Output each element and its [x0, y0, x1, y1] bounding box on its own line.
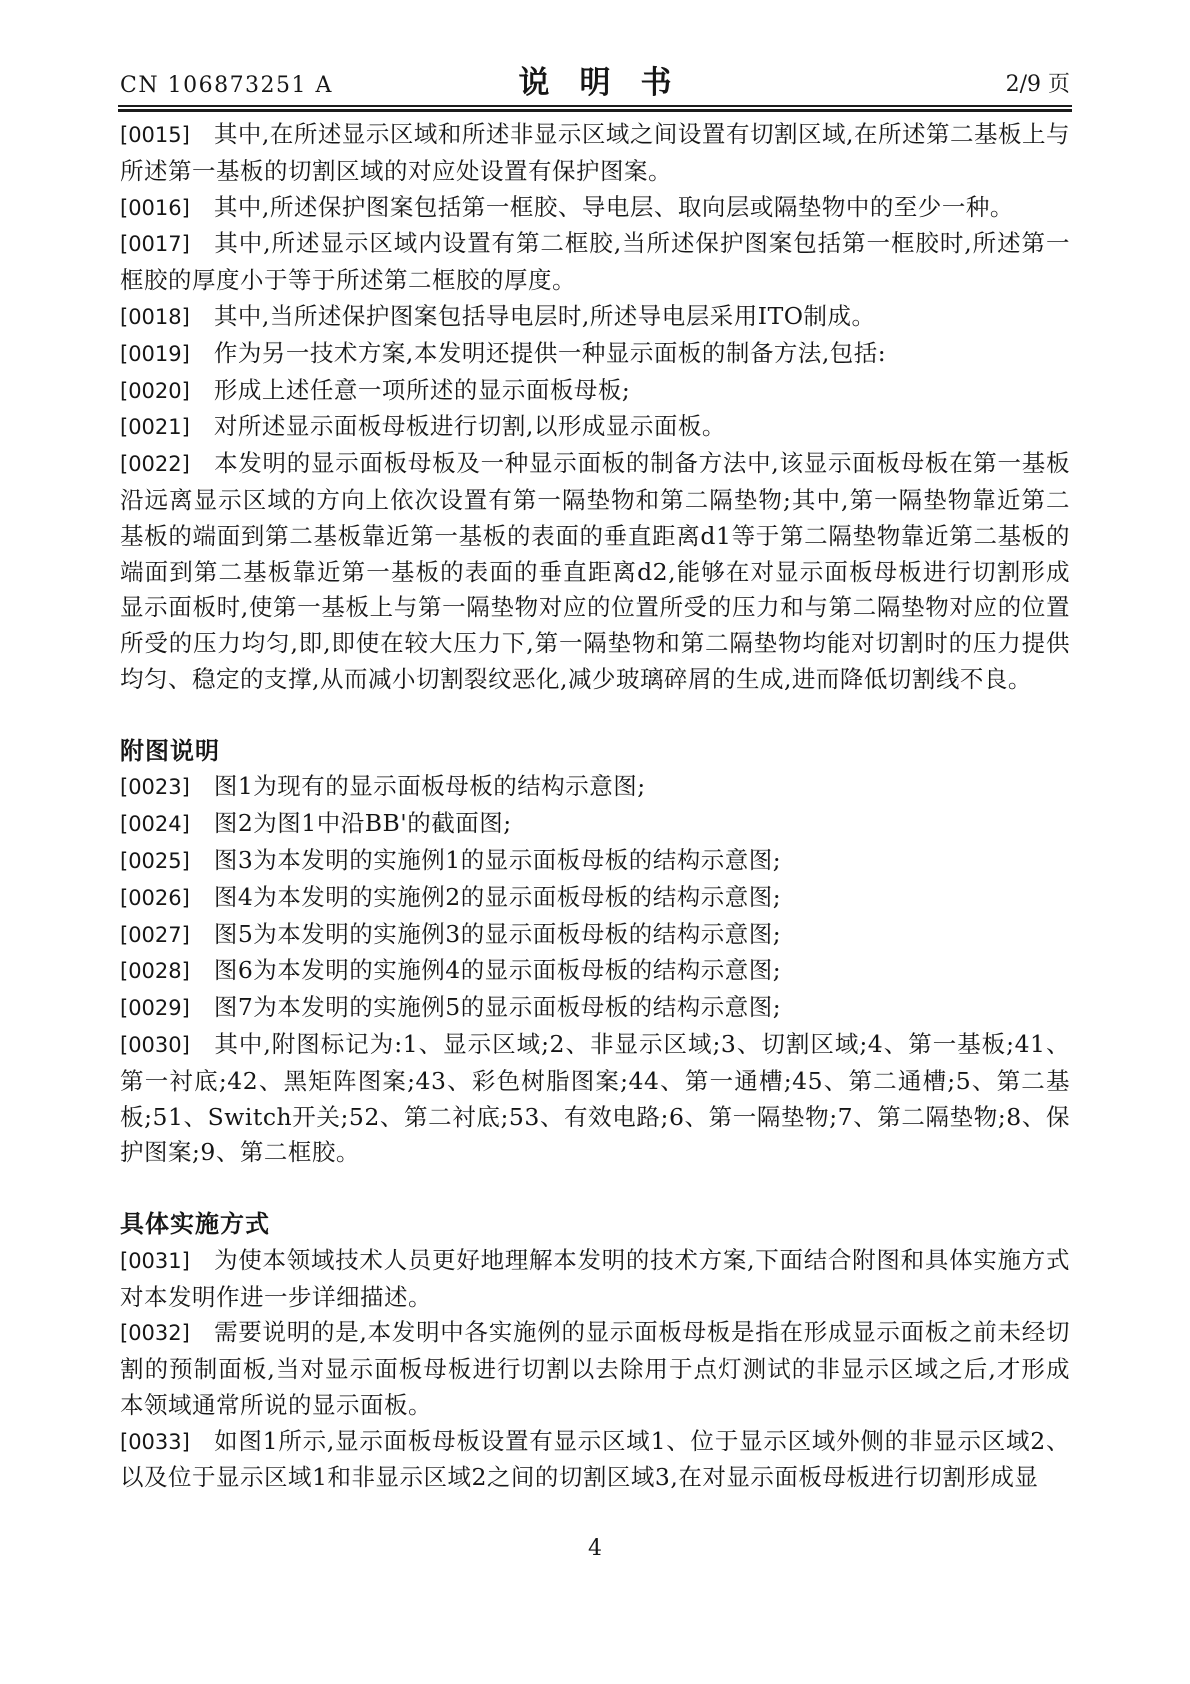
para-text: 其中,所述保护图案包括第一框胶、导电层、取向层或隔垫物中的至少一种。 — [214, 193, 1014, 221]
para-text: 如图1所示,显示面板母板设置有显示区域1、位于显示区域外侧的非显示区域2、以及位… — [120, 1427, 1070, 1492]
paragraph-0032: [0032]需要说明的是,本发明中各实施例的显示面板母板是指在形成显示面板之前未… — [120, 1315, 1070, 1423]
para-text: 图7为本发明的实施例5的显示面板母板的结构示意图; — [214, 993, 781, 1021]
paragraph-0031: [0031]为使本领域技术人员更好地理解本发明的技术方案,下面结合附图和具体实施… — [120, 1243, 1070, 1316]
para-label: [0028] — [120, 954, 190, 990]
para-label: [0025] — [120, 844, 190, 880]
para-text: 图5为本发明的实施例3的显示面板母板的结构示意图; — [214, 920, 781, 948]
para-label: [0026] — [120, 881, 190, 917]
paragraph-0018: [0018]其中,当所述保护图案包括导电层时,所述导电层采用ITO制成。 — [120, 299, 1070, 336]
paragraph-0026: [0026]图4为本发明的实施例2的显示面板母板的结构示意图; — [120, 880, 1070, 917]
paragraph-0025: [0025]图3为本发明的实施例1的显示面板母板的结构示意图; — [120, 843, 1070, 880]
page-indicator: 2/9 页 — [1006, 67, 1070, 98]
paragraph-0022: [0022]本发明的显示面板母板及一种显示面板的制备方法中,该显示面板母板在第一… — [120, 446, 1070, 698]
paragraph-0030: [0030]其中,附图标记为:1、显示区域;2、非显示区域;3、切割区域;4、第… — [120, 1027, 1070, 1171]
para-text: 图4为本发明的实施例2的显示面板母板的结构示意图; — [214, 883, 781, 911]
page-title: 说明书 — [489, 57, 702, 102]
para-label: [0021] — [120, 410, 190, 446]
para-text: 图2为图1中沿BB'的截面图; — [214, 809, 512, 837]
para-label: [0029] — [120, 991, 190, 1027]
patent-specification-page: CN 106873251 A 说明书 2/9 页 [0015]其中,在所述显示区… — [0, 0, 1190, 1684]
para-label: [0019] — [120, 337, 190, 373]
paragraph-0021: [0021]对所述显示面板母板进行切割,以形成显示面板。 — [120, 409, 1070, 446]
para-label: [0016] — [120, 191, 190, 227]
para-text: 图1为现有的显示面板母板的结构示意图; — [214, 772, 646, 800]
para-label: [0032] — [120, 1316, 190, 1352]
paragraph-0024: [0024]图2为图1中沿BB'的截面图; — [120, 806, 1070, 843]
paragraph-0028: [0028]图6为本发明的实施例4的显示面板母板的结构示意图; — [120, 953, 1070, 990]
para-label: [0033] — [120, 1425, 190, 1461]
para-text: 其中,附图标记为:1、显示区域;2、非显示区域;3、切割区域;4、第一基板;41… — [120, 1030, 1070, 1166]
section-heading-embodiments: 具体实施方式 — [120, 1207, 1070, 1243]
para-label: [0022] — [120, 447, 190, 483]
page-number: 4 — [0, 1536, 1190, 1561]
para-text: 本发明的显示面板母板及一种显示面板的制备方法中,该显示面板母板在第一基板沿远离显… — [120, 449, 1070, 693]
paragraph-0023: [0023]图1为现有的显示面板母板的结构示意图; — [120, 769, 1070, 806]
para-text: 其中,在所述显示区域和所述非显示区域之间设置有切割区域,在所述第二基板上与所述第… — [120, 120, 1070, 185]
para-label: [0023] — [120, 770, 190, 806]
paragraph-0027: [0027]图5为本发明的实施例3的显示面板母板的结构示意图; — [120, 917, 1070, 954]
paragraph-0016: [0016]其中,所述保护图案包括第一框胶、导电层、取向层或隔垫物中的至少一种。 — [120, 190, 1070, 227]
para-text: 作为另一技术方案,本发明还提供一种显示面板的制备方法,包括: — [214, 339, 886, 367]
paragraph-0029: [0029]图7为本发明的实施例5的显示面板母板的结构示意图; — [120, 990, 1070, 1027]
para-text: 其中,当所述保护图案包括导电层时,所述导电层采用ITO制成。 — [214, 302, 876, 330]
paragraph-0033: [0033]如图1所示,显示面板母板设置有显示区域1、位于显示区域外侧的非显示区… — [120, 1424, 1070, 1497]
section-heading-figures: 附图说明 — [120, 734, 1070, 770]
para-label: [0024] — [120, 807, 190, 843]
para-label: [0015] — [120, 118, 190, 154]
para-label: [0027] — [120, 918, 190, 954]
para-text: 图6为本发明的实施例4的显示面板母板的结构示意图; — [214, 956, 781, 984]
para-text: 对所述显示面板母板进行切割,以形成显示面板。 — [214, 412, 726, 440]
paragraph-0020: [0020]形成上述任意一项所述的显示面板母板; — [120, 373, 1070, 410]
para-label: [0018] — [120, 300, 190, 336]
page-header: CN 106873251 A 说明书 2/9 页 — [120, 58, 1070, 104]
para-text: 为使本领域技术人员更好地理解本发明的技术方案,下面结合附图和具体实施方式对本发明… — [120, 1246, 1070, 1311]
paragraph-0017: [0017]其中,所述显示区域内设置有第二框胶,当所述保护图案包括第一框胶时,所… — [120, 226, 1070, 299]
para-text: 其中,所述显示区域内设置有第二框胶,当所述保护图案包括第一框胶时,所述第一框胶的… — [120, 229, 1070, 294]
para-text: 图3为本发明的实施例1的显示面板母板的结构示意图; — [214, 846, 781, 874]
para-label: [0017] — [120, 227, 190, 263]
para-label: [0020] — [120, 374, 190, 410]
body-text: [0015]其中,在所述显示区域和所述非显示区域之间设置有切割区域,在所述第二基… — [120, 117, 1070, 1496]
para-text: 形成上述任意一项所述的显示面板母板; — [214, 376, 630, 404]
para-label: [0030] — [120, 1028, 190, 1064]
paragraph-0019: [0019]作为另一技术方案,本发明还提供一种显示面板的制备方法,包括: — [120, 336, 1070, 373]
para-label: [0031] — [120, 1244, 190, 1280]
header-rule — [118, 105, 1072, 112]
para-text: 需要说明的是,本发明中各实施例的显示面板母板是指在形成显示面板之前未经切割的预制… — [120, 1318, 1070, 1419]
document-number: CN 106873251 A — [120, 73, 333, 98]
paragraph-0015: [0015]其中,在所述显示区域和所述非显示区域之间设置有切割区域,在所述第二基… — [120, 117, 1070, 190]
